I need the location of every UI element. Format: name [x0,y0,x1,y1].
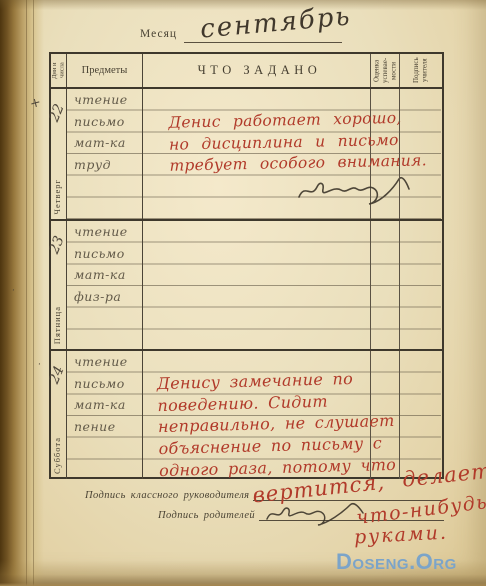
day-name: Суббота [52,437,62,474]
subjects-list: чтение письмо мат-ка труд [74,90,140,177]
page-edge-line [26,0,27,586]
subjects-cell: чтение письмо мат-ка физ-ра [67,221,143,349]
header-days-label: Дни и числа [51,54,66,87]
teacher-note: Денису замечание по поведению. Сидит неп… [157,368,397,482]
subject-entry: чтение [74,222,140,244]
assignments-cell: Денису замечание по поведению. Сидит неп… [143,351,371,479]
subject-entry: труд [74,155,140,177]
header-days-cell: Дни и числа [51,54,67,87]
subjects-list: чтение письмо мат-ка пение [74,352,140,439]
assignments-cell: Денис работает хорошо, но дисциплина и п… [143,89,371,219]
book-spine [0,0,44,586]
day-date: 23 [46,234,68,257]
day-cell: 22 Четверг [51,89,67,219]
teacher-sign-cell [400,351,441,479]
header-subjects-label: Предметы [67,54,142,87]
day-block-friday: 23 Пятница чтение письмо мат-ка физ-ра [51,219,442,349]
subject-entry: письмо [74,112,140,134]
subjects-cell: чтение письмо мат-ка труд [67,89,143,219]
day-block-thursday: 22 Четверг чтение письмо мат-ка труд Ден… [51,89,442,219]
day-name: Четверг [52,179,62,214]
subject-entry: мат-ка [74,265,140,287]
header-grade-label: Оценка успевае- мости [372,55,398,86]
ink-mark: · [38,360,41,370]
subject-entry: мат-ка [74,395,140,417]
header-assignments-cell: ЧТО ЗАДАНО [143,54,371,87]
grade-cell [371,351,400,479]
subjects-cell: чтение письмо мат-ка пение [67,351,143,479]
grade-cell [371,221,400,349]
header-grade-cell: Оценка успевае- мости [371,54,400,87]
subject-entry: чтение [74,352,140,374]
day-name: Пятница [52,306,62,344]
assignments-cell [143,221,371,349]
teacher-sign-cell [400,221,441,349]
header-teacher-sign-label: Подпись учителя [401,55,440,86]
month-row: Месяц сентябрь [140,24,360,42]
subject-entry: пение [74,417,140,439]
grade-cell [371,89,400,219]
day-cell: 23 Пятница [51,221,67,349]
diary-table: Дни и числа Предметы ЧТО ЗАДАНО Оценка у… [49,52,444,479]
subject-entry: физ-ра [74,287,140,309]
subject-entry: письмо [74,244,140,266]
header-subjects-cell: Предметы [67,54,143,87]
site-watermark: Doseng.Org [336,549,457,575]
subject-entry: письмо [74,374,140,396]
page-edge-line [33,0,34,586]
day-date: 22 [46,102,68,125]
day-cell: 24 Суббота [51,351,67,479]
day-date: 24 [46,364,68,387]
teacher-sign-cell [400,89,441,219]
parents-signature-label: Подпись родителей [158,510,255,521]
ink-mark: · [12,286,15,296]
table-header: Дни и числа Предметы ЧТО ЗАДАНО Оценка у… [51,54,442,89]
day-block-saturday: 24 Суббота чтение письмо мат-ка пение Де… [51,349,442,479]
diary-page: Месяц сентябрь Дни и числа Предметы ЧТО … [0,0,486,586]
header-teacher-sign-cell: Подпись учителя [400,54,441,87]
month-label: Месяц [140,28,177,40]
subject-entry: чтение [74,90,140,112]
page-top-shadow [0,0,486,10]
subject-entry: мат-ка [74,133,140,155]
teacher-note-overflow-line: руками. [353,522,448,549]
header-assignments-label: ЧТО ЗАДАНО [143,54,370,87]
class-teacher-signature-label: Подпись классного руководителя [85,490,249,501]
subjects-list: чтение письмо мат-ка физ-ра [74,222,140,309]
